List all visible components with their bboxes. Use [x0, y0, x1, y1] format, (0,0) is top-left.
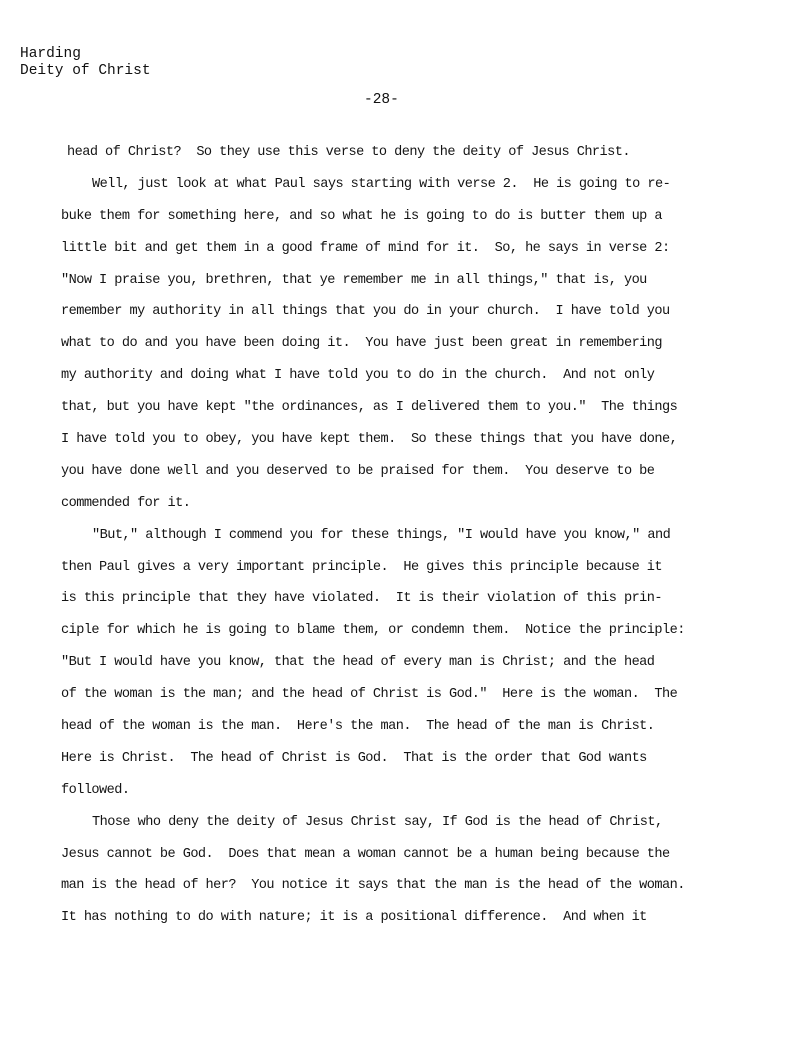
- author-name: Harding: [20, 46, 151, 63]
- text-line: man is the head of her? You notice it sa…: [61, 876, 741, 908]
- text-line: head of the woman is the man. Here's the…: [61, 717, 741, 749]
- text-line: you have done well and you deserved to b…: [61, 462, 741, 494]
- text-line: little bit and get them in a good frame …: [61, 239, 741, 271]
- text-line: I have told you to obey, you have kept t…: [61, 430, 741, 462]
- text-line: "But I would have you know, that the hea…: [61, 653, 741, 685]
- text-line: Those who deny the deity of Jesus Christ…: [61, 813, 741, 845]
- text-line: head of Christ? So they use this verse t…: [61, 143, 741, 175]
- document-header: Harding Deity of Christ: [20, 46, 151, 80]
- text-line: then Paul gives a very important princip…: [61, 558, 741, 590]
- text-line: that, but you have kept "the ordinances,…: [61, 398, 741, 430]
- body-text: head of Christ? So they use this verse t…: [61, 143, 741, 940]
- page-number: -28-: [364, 92, 399, 108]
- text-line: remember my authority in all things that…: [61, 302, 741, 334]
- text-line: Jesus cannot be God. Does that mean a wo…: [61, 845, 741, 877]
- text-line: "But," although I commend you for these …: [61, 526, 741, 558]
- text-line: commended for it.: [61, 494, 741, 526]
- text-line: of the woman is the man; and the head of…: [61, 685, 741, 717]
- text-line: buke them for something here, and so wha…: [61, 207, 741, 239]
- text-line: Here is Christ. The head of Christ is Go…: [61, 749, 741, 781]
- text-line: "Now I praise you, brethren, that ye rem…: [61, 271, 741, 303]
- text-line: It has nothing to do with nature; it is …: [61, 908, 741, 940]
- text-line: my authority and doing what I have told …: [61, 366, 741, 398]
- text-line: Well, just look at what Paul says starti…: [61, 175, 741, 207]
- document-title: Deity of Christ: [20, 63, 151, 80]
- text-line: followed.: [61, 781, 741, 813]
- text-line: ciple for which he is going to blame the…: [61, 621, 741, 653]
- text-line: is this principle that they have violate…: [61, 589, 741, 621]
- text-line: what to do and you have been doing it. Y…: [61, 334, 741, 366]
